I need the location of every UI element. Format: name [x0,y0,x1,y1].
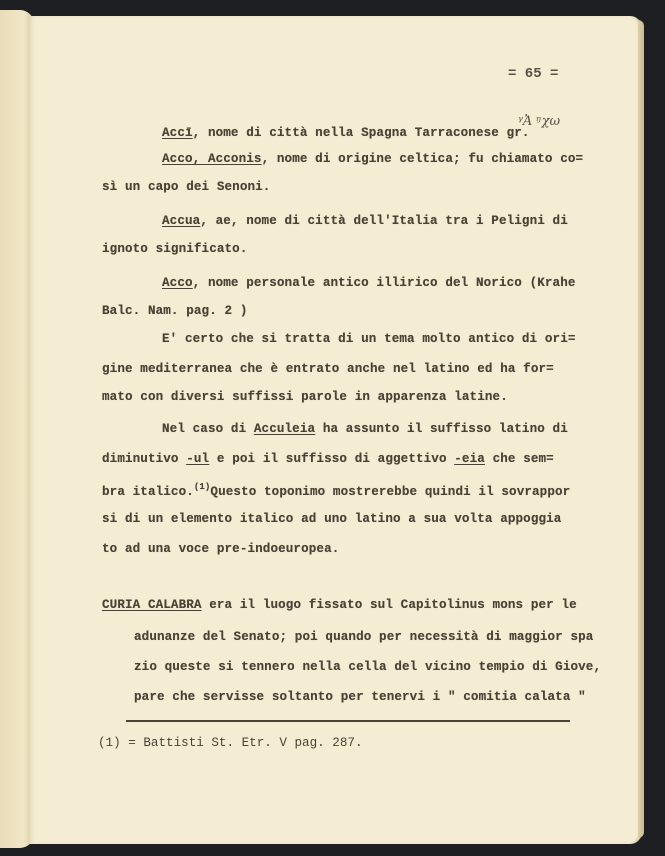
text-run: zio queste si tennero nella cella del vi… [134,660,601,674]
text-line: Nel caso di Acculeia ha assunto il suffi… [162,422,568,436]
text-line: Acco, nome personale antico illirico del… [162,276,576,290]
text-run: Nel caso di [162,422,254,436]
text-run: che sem= [485,452,554,466]
text-run: , nome di origine celtica; fu chiamato c… [262,152,584,166]
text-run: diminutivo [102,452,186,466]
underlined-term: -ul [186,452,209,466]
footnote-divider [126,720,570,722]
text-line: Accua, ae, nome di città dell'Italia tra… [162,214,568,228]
text-run: , nome personale antico illirico del Nor… [193,276,576,290]
text-line: pare che servisse soltanto per tenervi i… [134,690,586,704]
text-run: mato con diversi suffissi parole in appa… [102,390,508,404]
underlined-term: Acculeia [254,422,315,436]
text-line: E' certo che si tratta di un tema molto … [162,332,576,346]
text-line: gine mediterranea che è entrato anche ne… [102,362,554,376]
underlined-term: Acco, Acconis [162,152,262,166]
underlined-term: CURIA CALABRA [102,598,202,612]
text-run: pare che servisse soltanto per tenervi i… [134,690,586,704]
underlined-term: Acco [162,276,193,290]
text-run: gine mediterranea che è entrato anche ne… [102,362,554,376]
text-run: Questo toponimo mostrerebbe quindi il so… [210,485,570,499]
underlined-term: Accī [162,126,193,140]
page-stack-edge [638,20,644,838]
text-run: ha assunto il suffisso latino di [315,422,568,436]
text-run: E' certo che si tratta di un tema molto … [162,332,576,346]
footnote: (1) = Battisti St. Etr. V pag. 287. [98,736,363,750]
text-run: ignoto significato. [102,242,248,256]
text-line: ignoto significato. [102,242,248,256]
text-line: zio queste si tennero nella cella del vi… [134,660,601,674]
text-line: bra italico.(1)Questo toponimo mostrereb… [102,482,570,499]
text-run: si di un elemento italico ad uno latino … [102,512,561,526]
text-line: diminutivo -ul e poi il suffisso di agge… [102,452,554,466]
text-line: sì un capo dei Senoni. [102,180,270,194]
footnote-marker: (1) [194,482,211,492]
text-run: Balc. Nam. pag. 2 ) [102,304,248,318]
text-run: adunanze del Senato; poi quando per nece… [134,630,593,644]
underlined-term: Accua [162,214,200,228]
text-run: e poi il suffisso di aggettivo [209,452,454,466]
text-run: sì un capo dei Senoni. [102,180,270,194]
text-line: Balc. Nam. pag. 2 ) [102,304,248,318]
text-line: Accī, nome di città nella Spagna Tarraco… [162,126,530,140]
text-line: mato con diversi suffissi parole in appa… [102,390,508,404]
text-line: si di un elemento italico ad uno latino … [102,512,561,526]
text-run: bra italico. [102,485,194,499]
text-line: adunanze del Senato; poi quando per nece… [134,630,593,644]
underlined-term: -eia [454,452,485,466]
text-run: , ae, nome di città dell'Italia tra i Pe… [200,214,568,228]
page-number: = 65 = [508,66,558,82]
text-run: to ad una voce pre-indoeuropea. [102,542,339,556]
text-line: to ad una voce pre-indoeuropea. [102,542,339,556]
text-line: CURIA CALABRA era il luogo fissato sul C… [102,598,577,612]
text-run: era il luogo fissato sul Capitolinus mon… [202,598,577,612]
text-line: Acco, Acconis, nome di origine celtica; … [162,152,583,166]
text-run: , nome di città nella Spagna Tarraconese… [193,126,530,140]
